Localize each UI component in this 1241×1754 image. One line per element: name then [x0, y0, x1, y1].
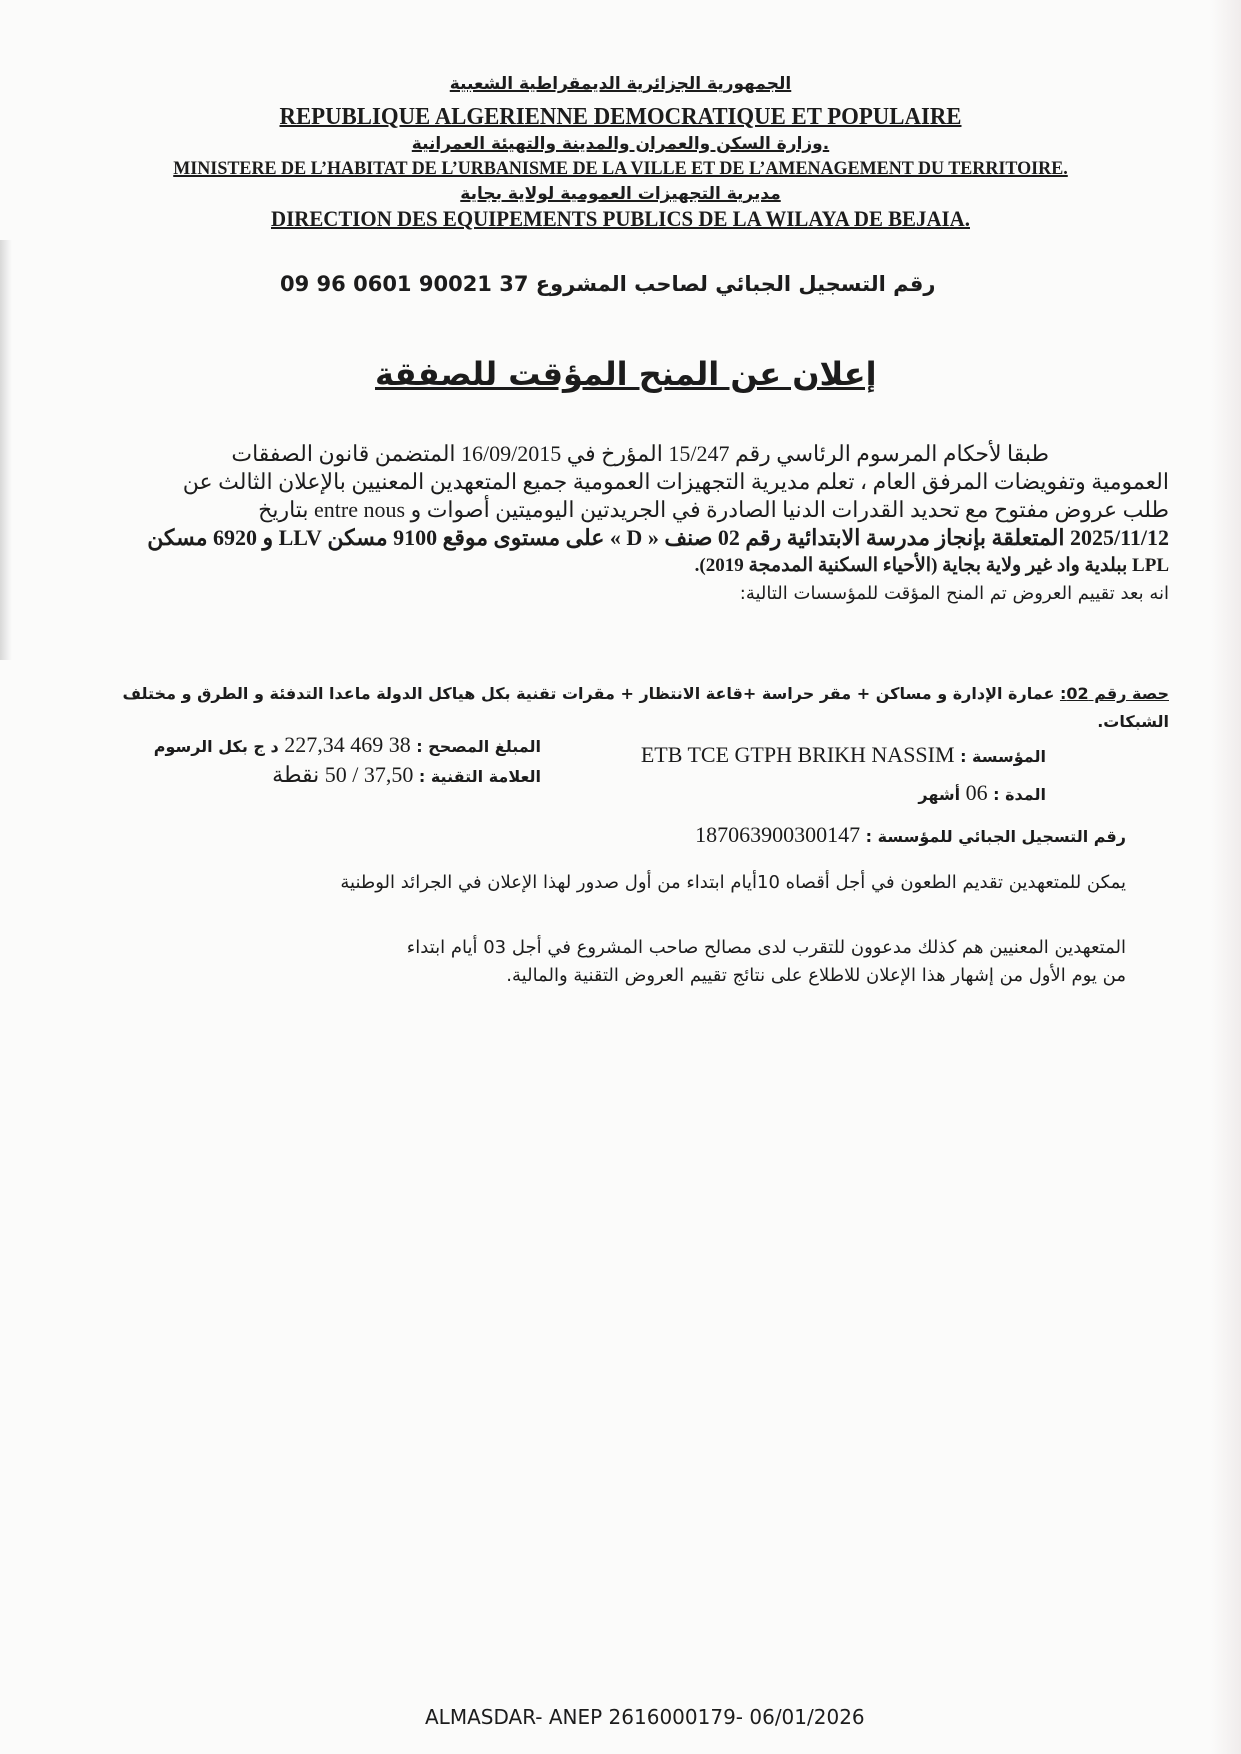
header-ar-republic: الجمهورية الجزائرية الديمقراطية الشعبية	[0, 74, 1241, 94]
company-fiscal-label: رقم التسجيل الجبائي للمؤسسة :	[866, 827, 1126, 846]
intro-line-3: طلب عروض مفتوح مع تحديد القدرات الدنيا ا…	[79, 496, 1169, 524]
header-fr-republic: REPUBLIQUE ALGERIENNE DEMOCRATIQUE ET PO…	[31, 104, 1210, 131]
intro-paragraph: طبقا لأحكام المرسوم الرئاسي رقم 15/247 ا…	[79, 440, 1169, 608]
header-fr-ministry: MINISTERE DE L’HABITAT DE L’URBANISME DE…	[31, 158, 1210, 180]
scan-artifact-left	[0, 240, 12, 660]
invite-note-line-2: من يوم الأول من إشهار هذا الإعلان للاطلا…	[506, 965, 1126, 986]
appeal-note: يمكن للمتعهدين تقديم الطعون في أجل أقصاه…	[340, 872, 1126, 893]
duration-unit: أشهر	[918, 785, 960, 804]
amount-row: المبلغ المصحح : 38 469 227,34 د ج بكل ال…	[154, 732, 541, 758]
lot-section: حصة رقم 02: عمارة الإدارة و مساكن + مقر …	[79, 680, 1169, 736]
scan-artifact-right	[1211, 0, 1241, 1754]
header-fr-direction: DIRECTION DES EQUIPEMENTS PUBLICS DE LA …	[31, 206, 1210, 232]
company-fiscal-value: 187063900300147	[695, 822, 860, 847]
duration-label: المدة :	[993, 785, 1046, 804]
tech-score-row: العلامة التقنية : 37,50 / 50 نقطة	[272, 762, 541, 788]
intro-line-4: 2025/11/12 المتعلقة بإنجاز مدرسة الابتدا…	[79, 524, 1169, 552]
invite-note-line-1: المتعهدين المعنيين هم كذلك مدعوون للتقرب…	[407, 937, 1126, 958]
header-ar-ministry: وزارة السكن والعمران والمدينة والتهيئة ا…	[0, 134, 1241, 154]
intro-line-6: انه بعد تقييم العروض تم المنح المؤقت للم…	[79, 580, 1169, 608]
lot-label: حصة رقم 02:	[1060, 684, 1169, 703]
duration-value: 06	[966, 780, 988, 805]
amount-value: 38 469 227,34	[284, 732, 411, 757]
page-title: إعلان عن المنح المؤقت للصفقة	[375, 355, 877, 393]
header-ar-direction: مديرية التجهيزات العمومية لولاية بجاية	[0, 184, 1241, 204]
intro-line-1: طبقا لأحكام المرسوم الرئاسي رقم 15/247 ا…	[79, 440, 1169, 468]
amount-label: المبلغ المصحح :	[416, 737, 541, 756]
intro-line-2: العمومية وتفويضات المرفق العام ، تعلم مد…	[79, 468, 1169, 496]
company-value: ETB TCE GTPH BRIKH NASSIM	[641, 742, 955, 767]
tech-score-label: العلامة التقنية :	[419, 767, 541, 786]
amount-unit: د ج بكل الرسوم	[154, 737, 279, 756]
tech-score-unit: نقطة	[272, 762, 319, 787]
intro-line-5: LPL ببلدية واد غير ولاية بجاية (الأحياء …	[79, 552, 1169, 580]
duration-row: المدة : 06 أشهر	[918, 780, 1046, 806]
company-label: المؤسسة :	[960, 747, 1046, 766]
publication-footer: ALMASDAR- ANEP 2616000179- 06/01/2026	[425, 1705, 865, 1729]
lot-description: عمارة الإدارة و مساكن + مقر حراسة +قاعة …	[122, 684, 1169, 731]
project-owner-fiscal-id: رقم التسجيل الجبائي لصاحب المشروع 37 900…	[280, 272, 935, 296]
company-row: المؤسسة : ETB TCE GTPH BRIKH NASSIM	[641, 742, 1046, 768]
tech-score-value: 37,50 / 50	[325, 762, 414, 787]
company-fiscal-row: رقم التسجيل الجبائي للمؤسسة : 1870639003…	[695, 822, 1126, 848]
